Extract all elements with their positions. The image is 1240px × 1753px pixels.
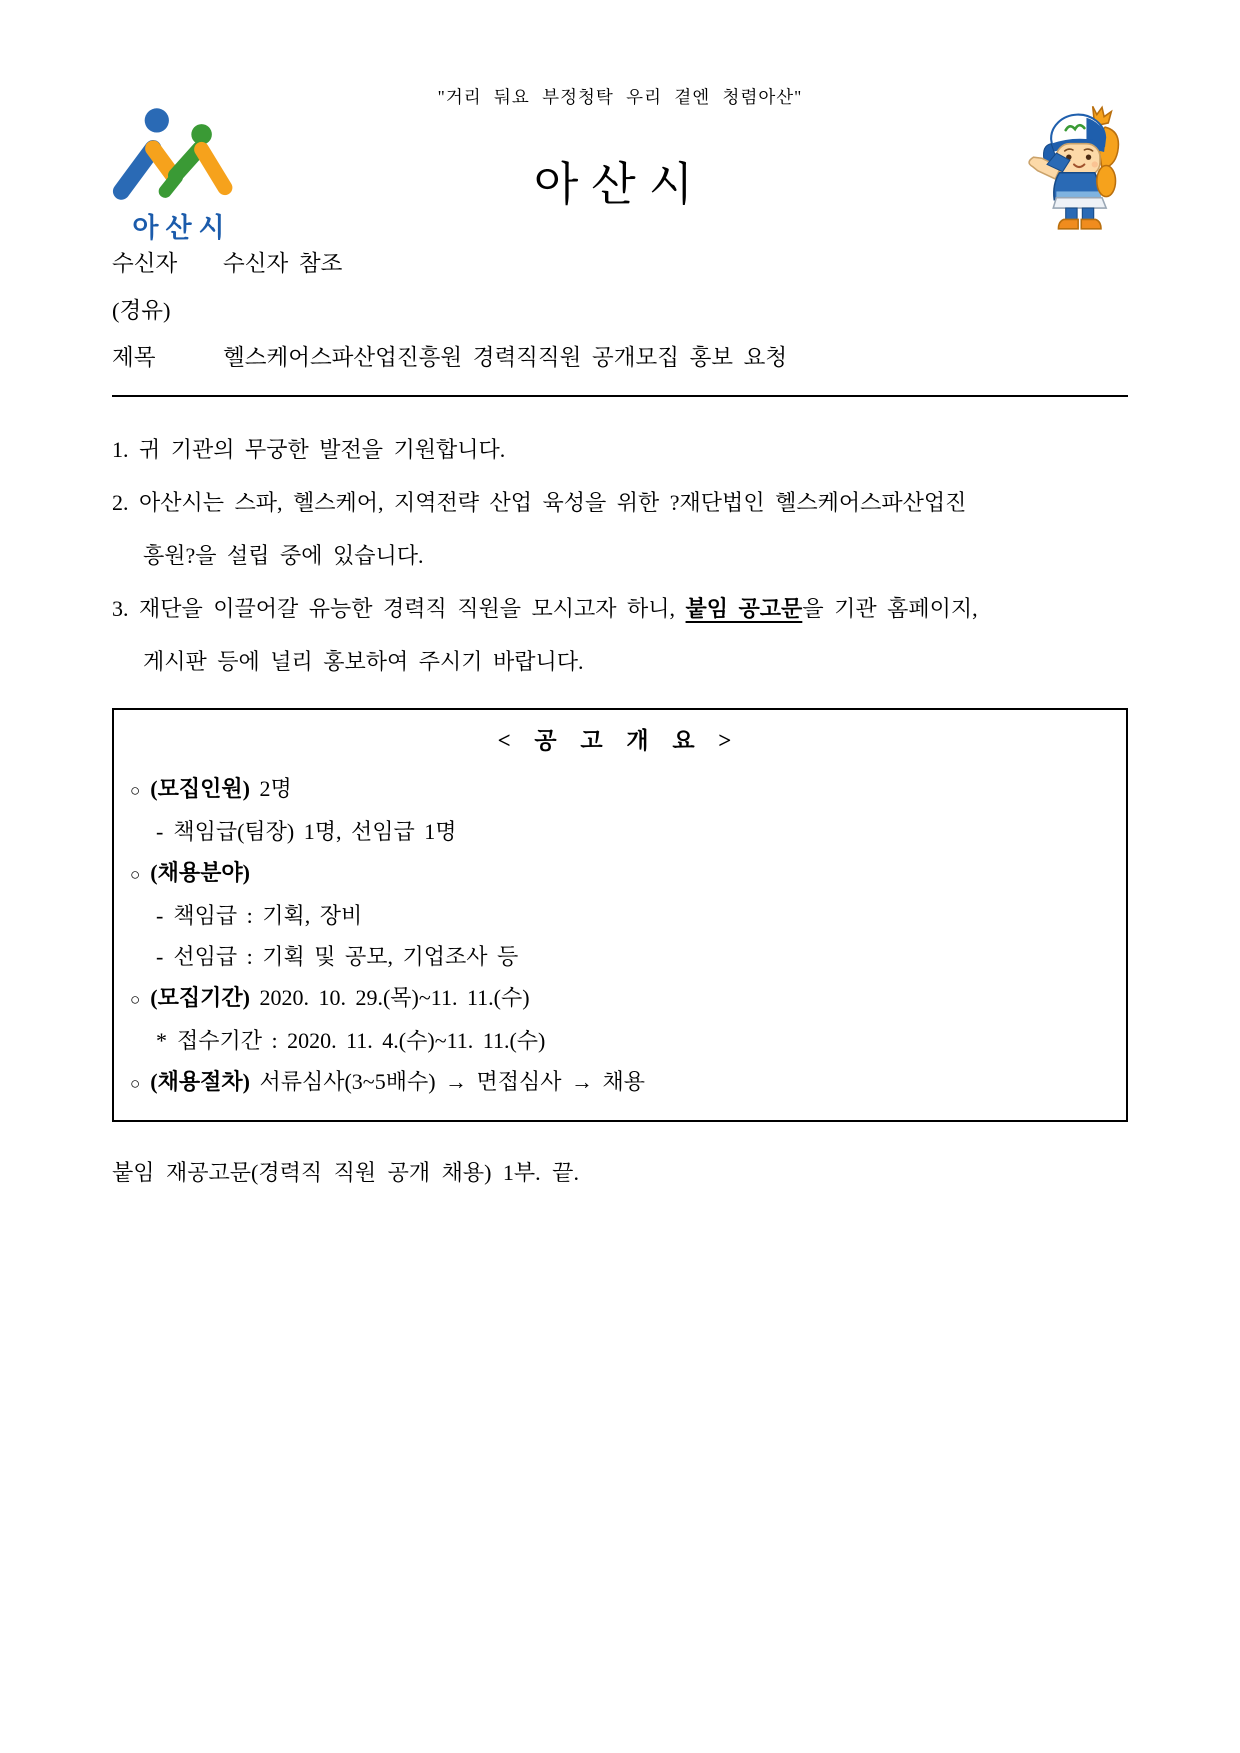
notice-item-job-field: ○(채용분야) — [130, 852, 1108, 895]
notice-item-recruit-count: ○(모집인원) 2명 — [130, 768, 1108, 811]
notice-item-hiring-process: ○(채용절차) 서류심사(3~5배수) → 면접심사 → 채용 — [130, 1061, 1108, 1104]
item-marker: - — [156, 819, 163, 844]
item-text: 2020. 10. 29.(목)~11. 11.(수) — [250, 985, 530, 1010]
paragraph-3: 3. 재단을 이끌어갈 유능한 경력직 직원을 모시고자 하니, 붙임 공고문을… — [112, 582, 1128, 688]
document-page: "거리 둬요 부정청탁 우리 곁엔 청렴아산" 아산시 아산시 — [0, 0, 1240, 1753]
item-label: (모집인원) — [150, 776, 250, 801]
via-row: (경유) — [112, 287, 1128, 334]
asan-mascot-icon — [1022, 98, 1126, 234]
item-label: (채용절차) — [150, 1069, 250, 1094]
item-marker: ○ — [130, 1074, 140, 1093]
item-text: 책임급 : 기획, 장비 — [173, 903, 362, 928]
item-label: (채용분야) — [150, 860, 250, 885]
paragraph-2-line2: 흥원?을 설립 중에 있습니다. — [143, 543, 424, 568]
item-marker: ○ — [130, 865, 140, 884]
attachment-line: 붙임 재공고문(경력직 직원 공개 채용) 1부. 끝. — [112, 1156, 1128, 1187]
notice-item-application-period: *접수기간 : 2020. 11. 4.(수)~11. 11.(수) — [130, 1020, 1108, 1061]
recipient-row: 수신자 수신자 참조 — [112, 240, 1128, 287]
notice-item-recruit-period: ○(모집기간) 2020. 10. 29.(목)~11. 11.(수) — [130, 977, 1108, 1020]
item-marker: - — [156, 944, 163, 969]
subject-row: 제목 헬스케어스파산업진흥원 경력직직원 공개모집 홍보 요청 — [112, 334, 1128, 381]
attachment-emphasis: 붙임 공고문 — [686, 596, 803, 621]
paragraph-3-pre: 3. 재단을 이끌어갈 유능한 경력직 직원을 모시고자 하니, — [112, 596, 686, 621]
paragraph-2-line1: 2. 아산시는 스파, 헬스케어, 지역전략 산업 육성을 위한 ?재단법인 헬… — [112, 490, 966, 515]
notice-item-field-senior: -책임급 : 기획, 장비 — [130, 895, 1108, 936]
paragraph-1: 1. 귀 기관의 무궁한 발전을 기원합니다. — [112, 423, 1128, 476]
subject-value: 헬스케어스파산업진흥원 경력직직원 공개모집 홍보 요청 — [223, 334, 787, 381]
asan-mascot-image — [1022, 98, 1126, 239]
item-text: 접수기간 : 2020. 11. 4.(수)~11. 11.(수) — [177, 1028, 545, 1053]
item-label: (모집기간) — [150, 985, 250, 1010]
item-marker: - — [156, 903, 163, 928]
recipient-label: 수신자 — [112, 240, 223, 287]
recipient-value: 수신자 참조 — [223, 240, 342, 287]
item-text: 선임급 : 기획 및 공모, 기업조사 등 — [173, 944, 518, 969]
notice-box-title: < 공 고 개 요 > — [130, 720, 1108, 762]
item-marker: * — [156, 1028, 167, 1053]
subject-label: 제목 — [112, 334, 223, 381]
item-marker: ○ — [130, 781, 140, 800]
paragraphs: 1. 귀 기관의 무궁한 발전을 기원합니다. 2. 아산시는 스파, 헬스케어… — [112, 423, 1128, 688]
notice-item-field-associate: -선임급 : 기획 및 공모, 기업조사 등 — [130, 936, 1108, 977]
paragraph-2: 2. 아산시는 스파, 헬스케어, 지역전략 산업 육성을 위한 ?재단법인 헬… — [112, 476, 1128, 582]
notice-overview-box: < 공 고 개 요 > ○(모집인원) 2명 -책임급(팀장) 1명, 선임급 … — [112, 708, 1128, 1122]
item-text: 서류심사(3~5배수) → 면접심사 → 채용 — [250, 1069, 645, 1094]
item-marker: ○ — [130, 990, 140, 1009]
notice-item-count-detail: -책임급(팀장) 1명, 선임급 1명 — [130, 811, 1108, 852]
item-text: 책임급(팀장) 1명, 선임급 1명 — [173, 819, 456, 844]
paragraph-3-line2: 게시판 등에 널리 홍보하여 주시기 바랍니다. — [143, 649, 584, 674]
paragraph-3-post: 을 기관 홈페이지, — [802, 596, 977, 621]
document-body: 수신자 수신자 참조 (경유) 제목 헬스케어스파산업진흥원 경력직직원 공개모… — [112, 240, 1128, 1187]
item-text: 2명 — [250, 776, 292, 801]
via-label: (경유) — [112, 287, 170, 334]
header-divider — [112, 395, 1128, 397]
